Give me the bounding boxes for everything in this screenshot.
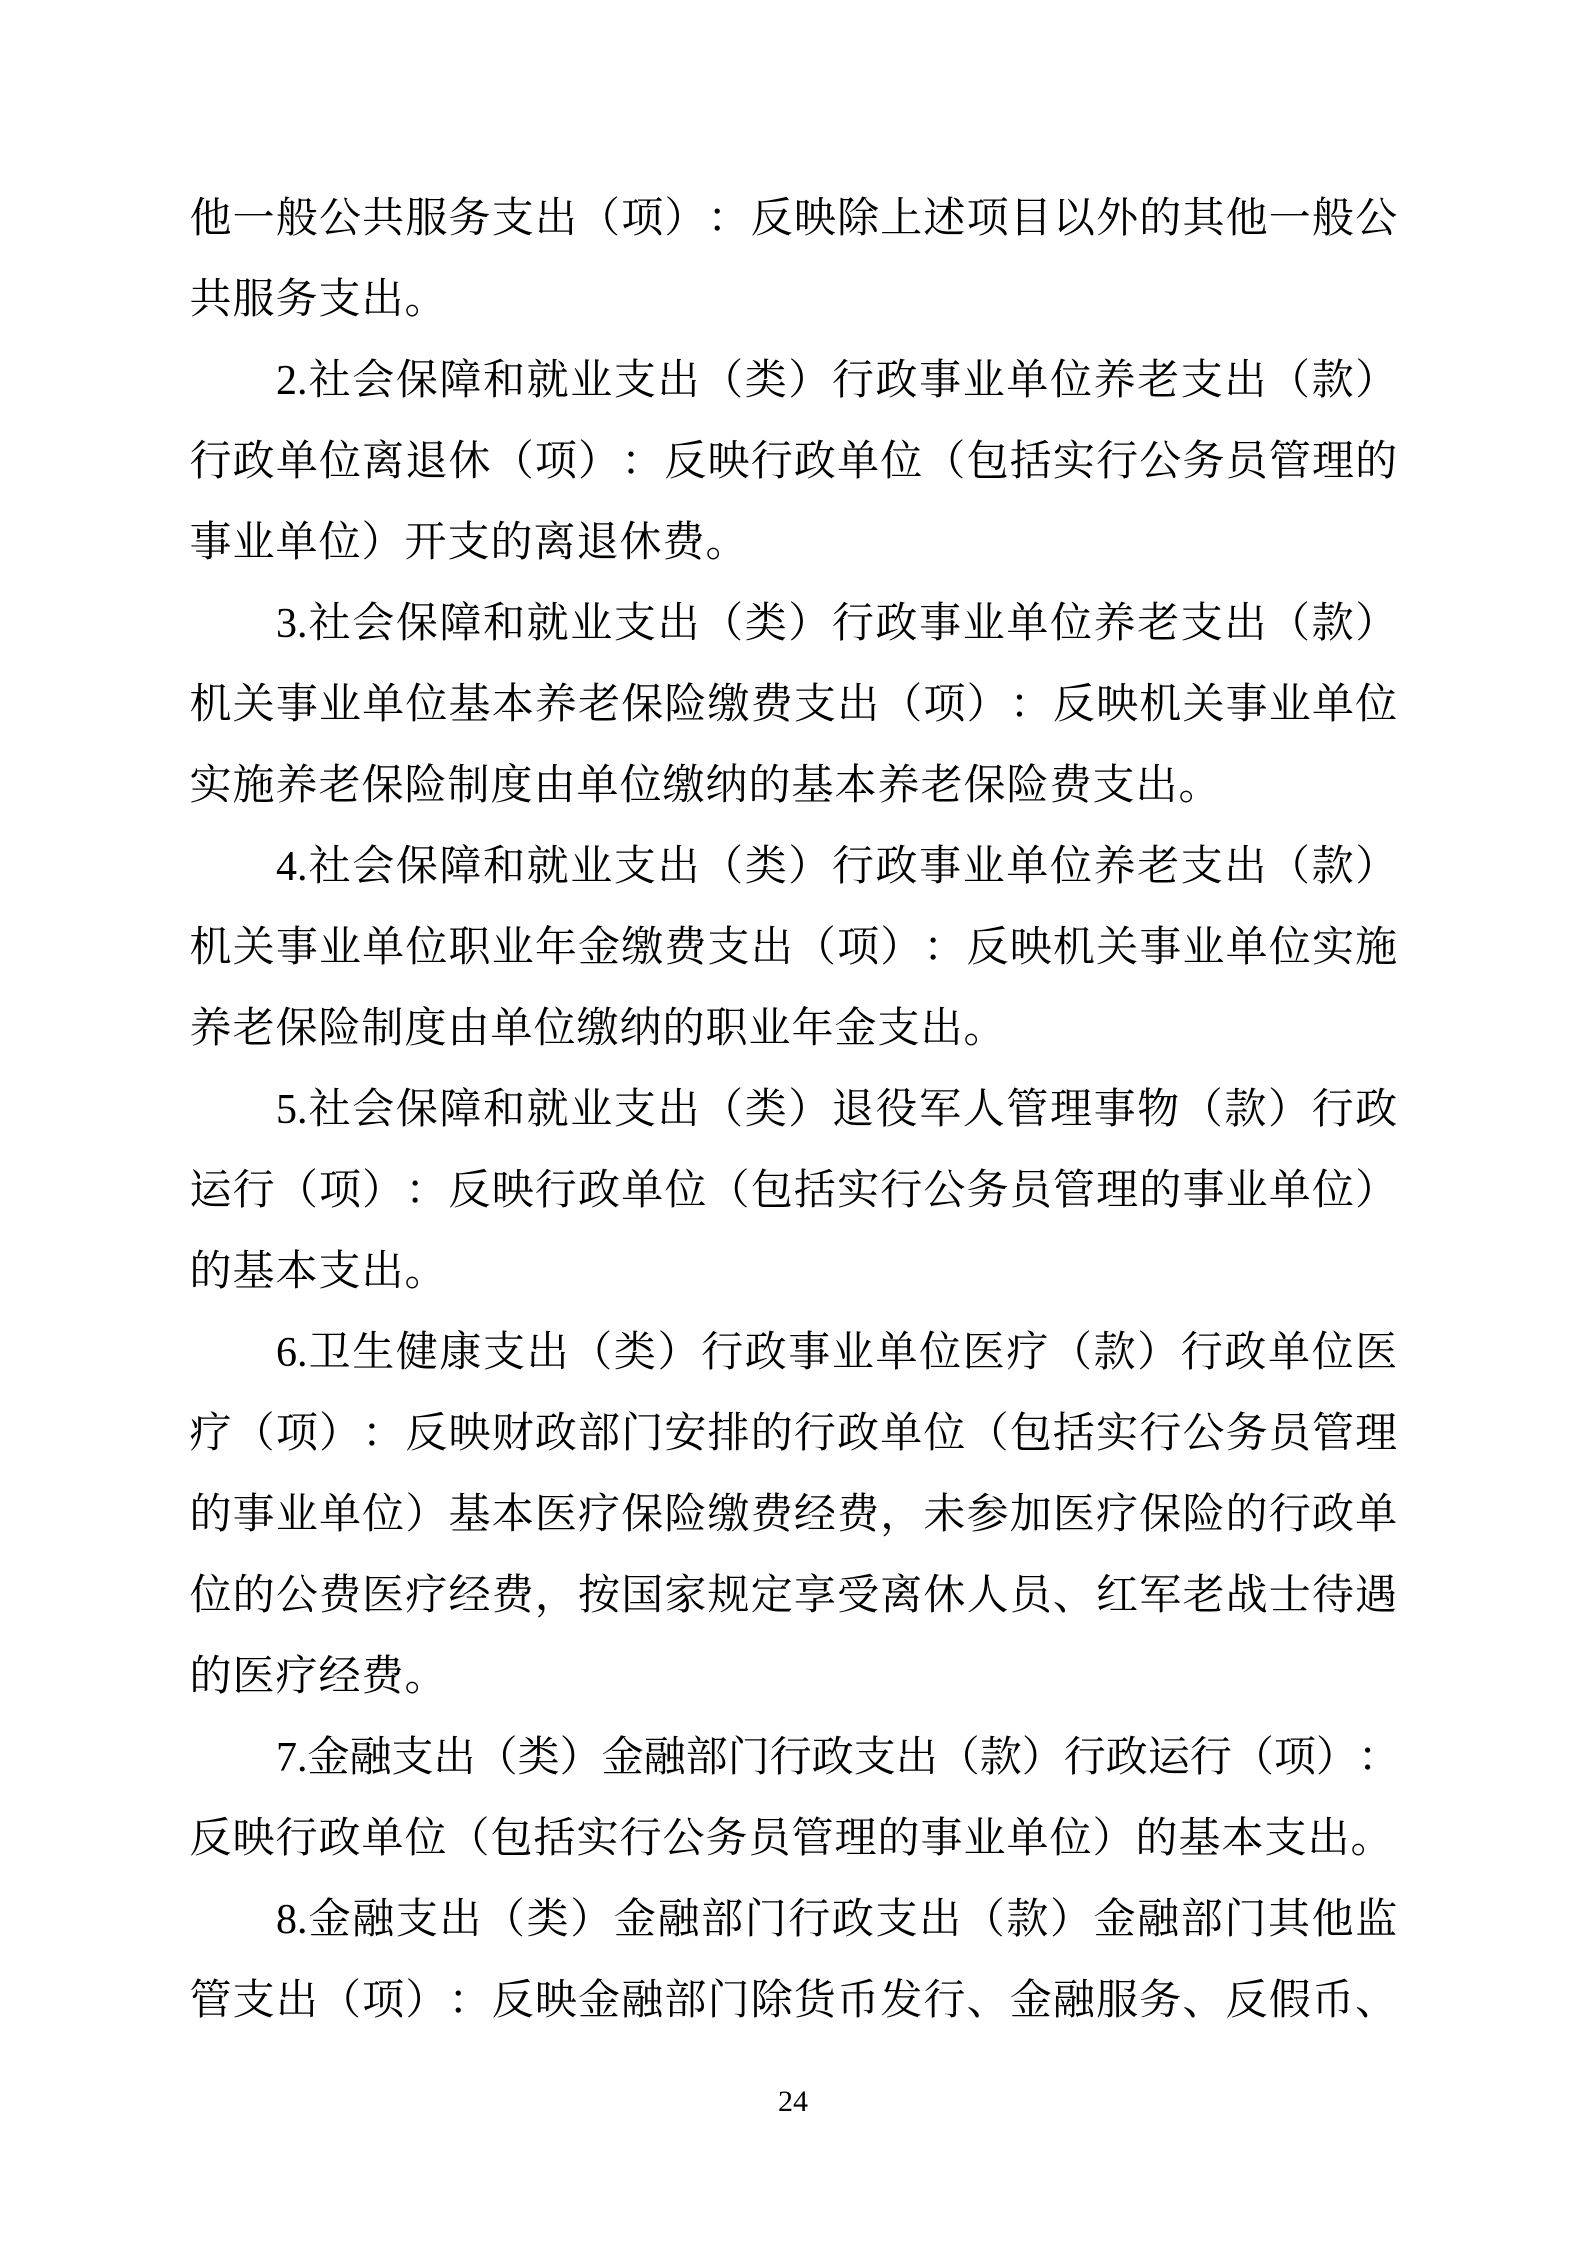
character: 单 [275,503,318,584]
character: 行 [770,1718,812,1799]
character: （ [570,1313,613,1394]
character: 业 [748,989,791,1070]
character: 未 [923,1475,966,1556]
character: 类 [526,1880,569,1961]
character: 支 [318,1232,361,1313]
character: 融 [644,1718,686,1799]
character: （ [319,1961,362,2042]
character: 行 [750,422,793,503]
character: 位 [1049,341,1092,422]
character: 位 [405,665,448,746]
character: 退 [405,422,448,503]
character: 社 [308,584,351,665]
character: 公 [275,1556,318,1637]
character: 行 [793,1394,836,1475]
character: 管 [1311,1394,1354,1475]
character: 行 [1064,1718,1106,1799]
character: ） [560,1718,602,1799]
character: 的 [662,989,705,1070]
character: 参 [966,1475,1009,1556]
character: 单 [362,908,405,989]
character: 反 [1225,1961,1268,2042]
character: 就 [526,341,569,422]
character: 费 [664,908,707,989]
character: 。 [1350,1799,1393,1880]
character: 士 [1268,1556,1311,1637]
character: 币 [837,1961,880,2042]
character: 门 [621,1394,664,1475]
character: 门 [707,1961,750,2042]
character: 基 [448,665,491,746]
character: 出 [919,1880,962,1961]
character: （ [880,665,923,746]
character: 的 [877,1799,920,1880]
character: 费 [319,1556,362,1637]
character: 款 [980,1718,1022,1799]
text-line: 6.卫生健康支出（类）行政事业单位医疗（款）行政单位医 [189,1313,1398,1394]
character: 事 [1225,665,1268,746]
character: 业 [570,584,613,665]
character: 部 [686,1718,728,1799]
character: 映 [1009,908,1052,989]
character: 障 [439,341,482,422]
character: （ [232,1394,275,1475]
character: 老 [578,665,621,746]
character: 政 [837,1394,880,1475]
character: 会 [352,1070,395,1151]
character: 单 [880,1394,923,1475]
character: 社 [308,341,351,422]
character: 单 [1006,1799,1049,1880]
character: 离 [880,1556,923,1637]
character: 单 [576,746,619,827]
character: 就 [526,584,569,665]
text-line: 养老保险制度由单位缴纳的职业年金支出。 [189,989,1398,1070]
character: 位 [318,503,361,584]
character: 、 [966,1961,1009,2042]
character: 包 [750,1151,793,1232]
character: （ [938,1718,980,1799]
character: 映 [707,422,750,503]
character: 员 [1268,1394,1311,1475]
character: 位 [319,422,362,503]
character: 类 [744,827,787,908]
list-number: 4. [276,827,308,908]
character: 费 [750,665,793,746]
character: 退 [831,1070,874,1151]
character: 理 [834,1799,877,1880]
character: ） [880,908,923,989]
character: ） [788,1070,831,1151]
character: 。 [705,503,748,584]
character: 位 [1049,1799,1092,1880]
character: 本 [834,746,877,827]
character: 实 [189,746,232,827]
character: 政 [812,1718,854,1799]
character: 支 [875,1880,918,1961]
character: 加 [1009,1475,1052,1556]
character: 、 [1182,1961,1225,2042]
character: 老 [1137,584,1180,665]
character: ） [1049,1880,1092,1961]
character: 金 [1009,1961,1052,2042]
character: ） [1355,827,1398,908]
character: 出 [434,1718,476,1799]
character: 理 [1049,1070,1092,1151]
character: 施 [232,746,275,827]
character: 业 [232,503,275,584]
character: 疗 [578,1475,621,1556]
character: 战 [1225,1556,1268,1637]
character: 一 [232,179,275,260]
character: 单 [1311,665,1354,746]
text-line: 机关事业单位基本养老保险缴费支出（项）：反映机关事业单位 [189,665,1398,746]
character: 除 [837,179,880,260]
character: 按 [578,1556,621,1637]
character: 事 [275,908,318,989]
character: 关 [1182,665,1225,746]
character: 障 [439,827,482,908]
character: 公 [662,1799,705,1880]
character: 部 [578,1394,621,1475]
character: 纳 [705,746,748,827]
character: （ [447,1799,490,1880]
list-number: 5. [276,1070,308,1151]
character: 单 [621,1151,664,1232]
character: 般 [275,179,318,260]
character: ， [534,1556,577,1637]
character: 融 [350,1718,392,1799]
character: ） [1316,1718,1358,1799]
character: 反 [750,179,793,260]
character: 单 [1355,1475,1398,1556]
text-line: 的事业单位）基本医疗保险缴费经费，未参加医疗保险的行政单 [189,1475,1398,1556]
character: 机 [1052,908,1095,989]
character: 老 [1182,1556,1225,1637]
character: 离 [533,503,576,584]
character: 养 [1093,827,1136,908]
character: 的 [1139,1151,1182,1232]
character: 职 [705,989,748,1070]
character: 国 [621,1556,664,1637]
character: 货 [793,1961,836,2042]
character: 位 [404,1799,447,1880]
character: 开 [404,503,447,584]
character: 离 [362,422,405,503]
character: 项 [319,1151,362,1232]
character: 事 [920,1799,963,1880]
character: 事 [919,827,962,908]
character: 反 [491,1961,534,2042]
character: 位 [1268,908,1311,989]
list-number: 6. [276,1313,308,1394]
text-line: 事业单位）开支的离退休费。 [189,503,1398,584]
character: 行 [923,1961,966,2042]
character: 位 [923,1394,966,1475]
character: 位 [362,1475,405,1556]
character: （ [483,1880,526,1961]
character: 出 [896,1718,938,1799]
character: 险 [1006,746,1049,827]
character: 的 [748,746,791,827]
character: （ [923,422,966,503]
character: 述 [923,179,966,260]
character: 医 [1355,1313,1398,1394]
character: （ [962,1880,1005,1961]
character: 缴 [621,908,664,989]
character: 位 [1355,665,1398,746]
character: 政 [875,584,918,665]
character: 休 [923,1556,966,1637]
character: 位 [533,989,576,1070]
character: 融 [1137,1880,1180,1961]
character: 行 [831,584,874,665]
character: 服 [405,179,448,260]
character: ） [1092,1799,1135,1880]
character: 实 [837,1151,880,1232]
character: 位 [1311,1151,1354,1232]
character: 务 [1182,422,1225,503]
character: 养 [877,746,920,827]
character: 类 [744,584,787,665]
character: 业 [570,341,613,422]
character: 公 [1355,179,1398,260]
character: 款 [1224,1070,1267,1151]
character: 役 [875,1070,918,1151]
character: 出 [275,1961,318,2042]
character: ） [319,1394,362,1475]
character: 疗 [1006,1313,1049,1394]
character: 本 [491,1475,534,1556]
character: 行 [880,1151,923,1232]
character: 会 [352,341,395,422]
character: 的 [490,503,533,584]
character: 医 [232,1637,275,1718]
character: 社 [308,1070,351,1151]
character: 事 [1139,908,1182,989]
character: 支 [613,827,656,908]
character: 安 [664,1394,707,1475]
character: （ [793,908,836,989]
character: 退 [576,503,619,584]
character: 。 [963,989,1006,1070]
character: 款 [1093,1313,1136,1394]
character: 医 [534,1475,577,1556]
character: 政 [875,341,918,422]
character: 政 [831,1880,874,1961]
character: 老 [920,746,963,827]
character: 政 [1355,1070,1398,1151]
character: 出 [1224,584,1267,665]
character: 款 [1311,341,1354,422]
character: 业 [1268,665,1311,746]
character: 就 [526,1070,569,1151]
character: 币 [1311,1961,1354,2042]
character: 实 [1096,1394,1139,1475]
text-line: 共服务支出。 [189,260,1398,341]
character: 和 [483,827,526,908]
character: 军 [919,1070,962,1151]
text-line: 7.金融支出（类）金融部门行政支出（款）行政运行（项）： [189,1718,1398,1799]
character: 位 [619,746,662,827]
character: 单 [490,989,533,1070]
character: 政 [578,1151,621,1232]
character: 金 [1093,1880,1136,1961]
character: （ [701,1070,744,1151]
character: 部 [664,1961,707,2042]
character: 保 [621,1475,664,1556]
character: ） [657,1313,700,1394]
character: 位 [919,1313,962,1394]
character: 行 [1190,1718,1232,1799]
text-line: 疗（项）：反映财政部门安排的行政单位（包括实行公务员管理 [189,1394,1398,1475]
character: 红 [1096,1556,1139,1637]
character: 事 [189,503,232,584]
character: 度 [404,989,447,1070]
character: 老 [318,746,361,827]
character: 业 [963,1799,1006,1880]
character: 单 [1006,584,1049,665]
character: 纳 [619,989,662,1070]
character: （ [701,341,744,422]
character: 公 [1182,1394,1225,1475]
character: ） [1137,1313,1180,1394]
character: 融 [352,1880,395,1961]
character: ） [578,422,621,503]
character: 映 [534,1961,577,2042]
character: 职 [448,908,491,989]
character: 外 [1096,179,1139,260]
character: ： [362,1394,405,1475]
text-line: 行政单位离退休（项）：反映行政单位（包括实行公务员管理的 [189,422,1398,503]
character: 老 [1137,341,1180,422]
character: 行 [1139,1394,1182,1475]
character: 费 [837,1475,880,1556]
character: （ [1232,1718,1274,1799]
character: 养 [534,665,577,746]
text-line: 反映行政单位（包括实行公务员管理的事业单位）的基本支出。 [189,1799,1398,1880]
character: 位 [1311,1313,1354,1394]
text-line: 的医疗经费。 [189,1637,1398,1718]
character: 关 [1096,908,1139,989]
character: 其 [1268,1880,1311,1961]
character: 出 [920,989,963,1070]
character: 和 [483,1070,526,1151]
character: 保 [395,1070,438,1151]
character: 会 [352,827,395,908]
character: 和 [483,584,526,665]
character: 其 [1182,179,1225,260]
text-line: 管支出（项）：反映金融部门除货币发行、金融服务、反假币、 [189,1961,1398,2042]
character: 的 [232,1556,275,1637]
character: 排 [707,1394,750,1475]
character: ） [1355,584,1398,665]
character: 支 [613,341,656,422]
character: 保 [621,665,664,746]
character: 括 [1052,1394,1095,1475]
character: 的 [1355,422,1398,503]
character: 项 [275,1394,318,1475]
character: 单 [361,1799,404,1880]
character: 项 [923,665,966,746]
character: 括 [533,1799,576,1880]
character: 出 [837,665,880,746]
character: 务 [1225,1394,1268,1475]
character: 项 [362,1961,405,2042]
character: 政 [793,422,836,503]
character: 的 [1139,179,1182,260]
character: 业 [275,1475,318,1556]
character: ） [405,1961,448,2042]
character: ） [788,341,831,422]
character: 的 [750,1394,793,1475]
character: 年 [791,989,834,1070]
character: ： [1009,665,1052,746]
character: 包 [1009,1394,1052,1475]
character: 映 [448,1394,491,1475]
character: 基 [448,1475,491,1556]
character: 服 [232,260,275,341]
character: ： [707,179,750,260]
character: 他 [189,179,232,260]
character: ） [362,1151,405,1232]
list-number: 3. [276,584,308,665]
character: 公 [923,1151,966,1232]
character: 位 [664,1151,707,1232]
character: 管 [1268,422,1311,503]
character: 项 [1274,1718,1316,1799]
character: 实 [1052,422,1095,503]
character: ） [788,827,831,908]
character: 享 [793,1556,836,1637]
character: 门 [744,1880,787,1961]
text-line: 2.社会保障和就业支出（类）行政事业单位养老支出（款） [189,341,1398,422]
character: 老 [232,989,275,1070]
character: 部 [701,1880,744,1961]
character: ） [405,1475,448,1556]
character: 就 [526,827,569,908]
character: 人 [966,1556,1009,1637]
character: 运 [1148,1718,1190,1799]
character: 运 [189,1151,232,1232]
character: 金 [308,1718,350,1799]
text-line: 的基本支出。 [189,1232,1398,1313]
character: 一 [1268,179,1311,260]
text-line: 4.社会保障和就业支出（类）行政事业单位养老支出（款） [189,827,1398,908]
character: 类 [518,1718,560,1799]
character: 共 [189,260,232,341]
character: （ [578,179,621,260]
character: 出 [361,260,404,341]
character: 融 [621,1961,664,2042]
character: 反 [405,1394,448,1475]
character: 事 [919,584,962,665]
character: ： [1358,1718,1400,1799]
character: 机 [1139,665,1182,746]
character: 医 [962,1313,1005,1394]
character: 政 [1311,1475,1354,1556]
character: 类 [744,1070,787,1151]
character: 人 [962,1070,1005,1151]
character: 基 [232,1232,275,1313]
character: （ [1180,1070,1223,1151]
character: 缴 [707,1475,750,1556]
character: ） [1022,1718,1064,1799]
text-line: 他一般公共服务支出（项）：反映除上述项目以外的其他一般公 [189,179,1398,260]
character: 受 [837,1556,880,1637]
character: 生 [352,1313,395,1394]
text-line: 5.社会保障和就业支出（类）退役军人管理事物（款）行政 [189,1070,1398,1151]
